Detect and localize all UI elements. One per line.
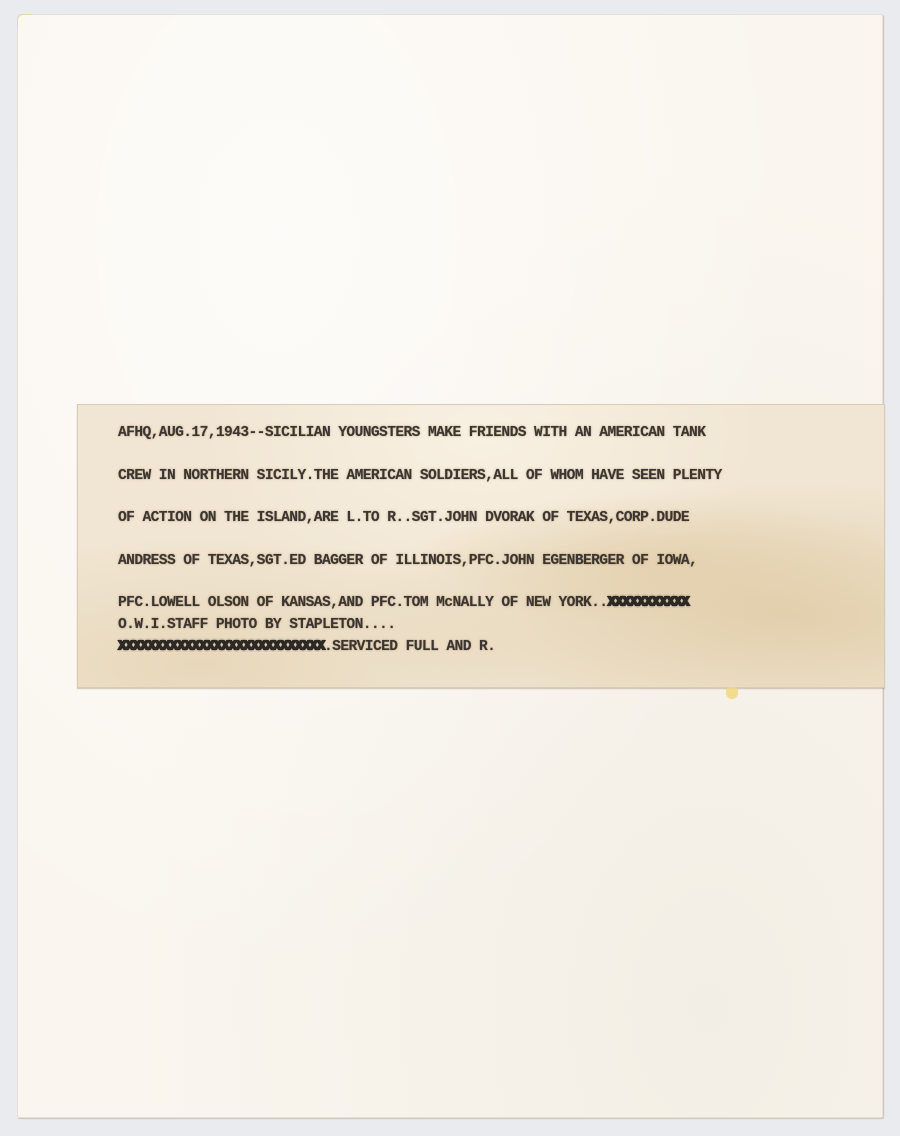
caption-line-3: OF ACTION ON THE ISLAND,ARE L.TO R..SGT.… — [118, 508, 864, 528]
caption-line-5-text: PFC.LOWELL OLSON OF KANSAS,AND PFC.TOM M… — [118, 595, 607, 611]
photo-credit-line: O.W.I.STAFF PHOTO BY STAPLETON.... — [118, 615, 864, 635]
caption-line-5: PFC.LOWELL OLSON OF KANSAS,AND PFC.TOM M… — [118, 593, 864, 613]
stain-spot — [726, 687, 738, 699]
struck-out-text: XXXXXXXXXXXXXXXXXXXXXXXXXXXX — [118, 639, 324, 655]
caption-line-1: AFHQ,AUG.17,1943--SICILIAN YOUNGSTERS MA… — [118, 423, 864, 443]
caption-line-4: ANDRESS OF TEXAS,SGT.ED BAGGER OF ILLINO… — [118, 551, 864, 571]
photo-back-paper: AFHQ,AUG.17,1943--SICILIAN YOUNGSTERS MA… — [17, 14, 883, 1118]
caption-text: AFHQ,AUG.17,1943--SICILIAN YOUNGSTERS MA… — [118, 423, 864, 657]
struck-out-text: XXXXXXXXXXX — [607, 595, 688, 611]
service-line: XXXXXXXXXXXXXXXXXXXXXXXXXXXX.SERVICED FU… — [118, 637, 864, 657]
caption-line-2: CREW IN NORTHERN SICILY.THE AMERICAN SOL… — [118, 466, 864, 486]
caption-slip: AFHQ,AUG.17,1943--SICILIAN YOUNGSTERS MA… — [77, 404, 885, 688]
service-line-text: .SERVICED FULL AND R. — [324, 639, 495, 655]
